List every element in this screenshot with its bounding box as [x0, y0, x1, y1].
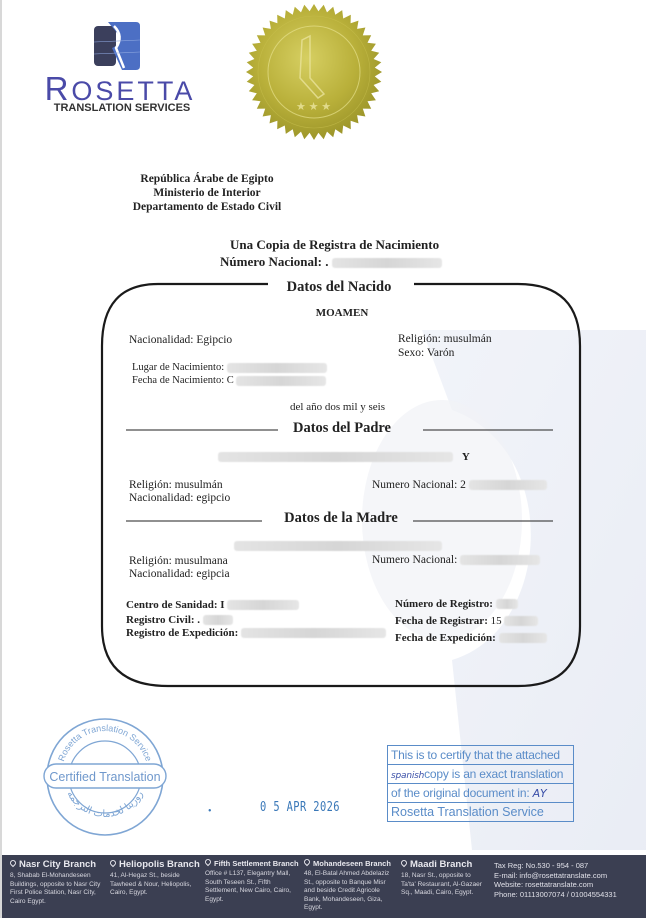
registry-number-label: Número de Registro: — [395, 598, 493, 610]
redacted-field — [218, 452, 453, 462]
redacted-field — [496, 599, 518, 609]
section-mother-title: Datos de la Madre — [268, 510, 414, 527]
newborn-religion: Religión: musulmán — [398, 332, 492, 346]
father-name: Y — [218, 450, 470, 464]
redacted-field — [227, 600, 299, 610]
svg-text:Certified Translation: Certified Translation — [49, 770, 160, 784]
registry-date-label: Fecha de Registrar: — [395, 615, 488, 627]
location-pin-icon — [303, 858, 311, 866]
contact-phone: Phone: 01113007074 / 01004554331 — [494, 890, 617, 900]
national-number-label: Número Nacional: — [220, 254, 322, 269]
branch-address: 8, Shabab El-Mohandeseen Buildings, oppo… — [10, 872, 102, 906]
contact-website[interactable]: Website: rosettatranslate.com — [494, 880, 617, 890]
document-title: Una Copia de Registra de Nacimiento — [230, 237, 439, 253]
stamp-dot: • — [208, 806, 212, 817]
registry-date: Fecha de Registrar: 15 — [395, 614, 538, 628]
certify-line-2-text: copy is an exact translation — [424, 767, 563, 781]
branch-address: 18, Nasr St., opposite to Ta'ta' Restaur… — [401, 872, 485, 898]
branch-name: Heliopolis Branch — [119, 859, 200, 870]
birthdate-prefix: C — [227, 375, 234, 386]
redacted-field — [499, 633, 547, 643]
mother-national-number-label: Numero Nacional: — [372, 554, 457, 566]
page-footer: Nasr City Branch 8, Shabab El-Mohandesee… — [2, 855, 646, 918]
location-pin-icon — [109, 859, 117, 867]
father-national-number: Numero Nacional: 2 — [372, 478, 547, 492]
father-national-number-prefix: 2 — [460, 479, 466, 491]
rosetta-logo-icon — [94, 22, 140, 72]
issuance-date-label: Fecha de Expedición: — [395, 632, 496, 644]
certify-line-3-text: of the original document in: — [391, 786, 530, 800]
certify-line-1: This is to certify that the attached — [388, 746, 573, 765]
mother-religion: Religión: musulmana — [129, 554, 228, 568]
location-pin-icon — [204, 858, 212, 866]
birthdate-label: Fecha de Nacimiento: — [132, 375, 224, 386]
issuing-authority: República Árabe de Egipto Ministerio de … — [112, 172, 302, 214]
location-pin-icon — [400, 859, 408, 867]
branch-fifth-settlement: Fifth Settlement Branch Office # L137, E… — [205, 859, 297, 904]
certify-line-2: spanishcopy is an exact translation — [388, 765, 573, 784]
father-national-number-label: Numero Nacional: — [372, 479, 457, 491]
branch-nasr-city: Nasr City Branch 8, Shabab El-Mohandesee… — [10, 859, 102, 906]
health-center-label: Centro de Sanidad: — [126, 599, 217, 611]
date-stamp: 0 5 APR 2026 — [260, 800, 340, 815]
father-religion: Religión: musulmán — [129, 478, 223, 492]
newborn-sex: Sexo: Varón — [398, 346, 454, 360]
issuance-registry-label: Registro de Expedición: — [126, 627, 238, 639]
brand-subtitle: TRANSLATION SERVICES — [42, 102, 202, 114]
redacted-field — [332, 258, 442, 268]
newborn-nationality: Nacionalidad: Egipcio — [129, 333, 232, 347]
issuance-registry: Registro de Expedición: — [126, 626, 386, 640]
branch-name: Fifth Settlement Branch — [214, 859, 299, 868]
branch-address: 48, El-Batal Ahmed Abdelaziz St., opposi… — [304, 870, 396, 913]
section-newborn-title: Datos del Nacido — [274, 279, 404, 296]
branch-heliopolis: Heliopolis Branch 41, Al-Hegaz St., besi… — [110, 859, 196, 898]
branch-maadi: Maadi Branch 18, Nasr St., opposite to T… — [401, 859, 485, 898]
certify-line-3: of the original document in: AY — [388, 784, 573, 802]
svg-text:Rosetta Translation Service: Rosetta Translation Service — [56, 723, 154, 763]
document-page: ROSETTA TRANSLATION SERVICES ★ ★ ★ Repúb… — [0, 0, 646, 918]
branch-address: Office # L137, Elegantry Mall, South Tes… — [205, 870, 297, 904]
birthplace: Lugar de Nacimiento: — [132, 361, 327, 375]
health-center: Centro de Sanidad: I — [126, 598, 299, 612]
redacted-field — [203, 615, 233, 625]
branch-name: Maadi Branch — [410, 859, 472, 870]
branch-name: Mohandeseen Branch — [313, 859, 391, 868]
mother-nationality: Nacionalidad: egipcia — [129, 567, 230, 581]
registry-number: Número de Registro: — [395, 597, 518, 611]
newborn-name: MOAMEN — [307, 306, 377, 320]
redacted-field — [234, 541, 442, 551]
certified-translation-stamp-icon: Rosetta Translation Service Certified Tr… — [40, 712, 170, 842]
contact-email[interactable]: E-mail: info@rosettatranslate.com — [494, 871, 617, 881]
national-number-value: . — [325, 254, 328, 269]
health-center-prefix: I — [220, 599, 224, 611]
svg-text:روزيتا لخدمات الترجمة: روزيتا لخدمات الترجمة — [64, 789, 145, 820]
branch-mohandeseen: Mohandeseen Branch 48, El-Batal Ahmed Ab… — [304, 859, 396, 913]
civil-registry: Registro Civil: . — [126, 613, 233, 627]
redacted-field — [460, 555, 540, 565]
civil-registry-prefix: . — [197, 614, 200, 626]
mother-national-number: Numero Nacional: — [372, 553, 540, 567]
registry-date-prefix: 15 — [491, 615, 502, 627]
contact-info: Tax Reg: No.530 - 954 - 087 E-mail: info… — [494, 861, 617, 899]
section-father-title: Datos del Padre — [284, 420, 400, 437]
handwritten-language: spanish — [391, 771, 424, 781]
redacted-field — [227, 363, 327, 373]
redacted-field — [469, 480, 547, 490]
birthdate: Fecha de Nacimiento: C — [132, 374, 326, 388]
gold-seal-icon: ★ ★ ★ — [244, 2, 384, 142]
father-nationality: Nacionalidad: egipcio — [129, 491, 230, 505]
mother-name — [234, 539, 442, 553]
authority-department: Departamento de Estado Civil — [112, 200, 302, 214]
birth-year-text: del año dos mil y seis — [290, 400, 385, 414]
issuance-date: Fecha de Expedición: — [395, 631, 547, 645]
svg-text:★ ★ ★: ★ ★ ★ — [296, 101, 331, 113]
certify-footer: Rosetta Translation Service — [388, 802, 573, 821]
tax-registration: Tax Reg: No.530 - 954 - 087 — [494, 861, 617, 871]
redacted-field — [241, 628, 386, 638]
handwritten-source: AY — [533, 787, 547, 800]
location-pin-icon — [9, 859, 17, 867]
certify-stamp: This is to certify that the attached spa… — [387, 745, 574, 822]
redacted-field — [236, 376, 326, 386]
father-name-suffix: Y — [462, 451, 470, 463]
redacted-field — [504, 616, 538, 626]
national-number: Número Nacional: . — [220, 254, 442, 270]
birthplace-label: Lugar de Nacimiento: — [132, 362, 224, 373]
civil-registry-label: Registro Civil: — [126, 614, 195, 626]
branch-address: 41, Al-Hegaz St., beside Tawheed & Nour,… — [110, 872, 196, 898]
branch-name: Nasr City Branch — [19, 859, 96, 870]
authority-country: República Árabe de Egipto — [112, 172, 302, 186]
authority-ministry: Ministerio de Interior — [112, 186, 302, 200]
